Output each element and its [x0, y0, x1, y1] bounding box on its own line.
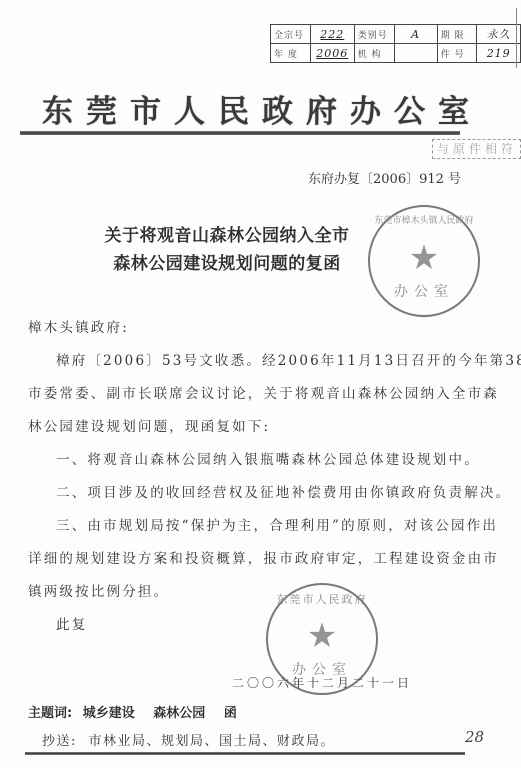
issuer-masthead: 东莞市人民政府办公室: [42, 86, 462, 131]
archive-value-fonds: 222: [310, 25, 354, 44]
addressee: 樟木头镇政府:: [28, 316, 468, 336]
body-paragraph-line: 市委常委、副市长联席会议讨论，关于将观音山森林公园纳入全市森: [28, 382, 468, 402]
reply-item-1: 一、将观音山森林公园纳入银瓶嘴森林公园总体建设规划中。: [28, 448, 468, 468]
footer-divider: [25, 752, 465, 755]
reply-item-3-continued: 详细的规划建设方案和投资概算，报市政府审定，工程建设资金由市: [28, 547, 468, 567]
handwritten-page-number: 28: [465, 728, 484, 746]
archive-box: 全宗号 222 类别号 A 期 限 永久 年 度 2006 机 构 件 号 21…: [270, 24, 521, 63]
archive-value-year: 2006: [310, 44, 354, 63]
star-icon: ★: [409, 238, 439, 278]
archive-row: 全宗号 222 类别号 A 期 限 永久: [271, 25, 521, 44]
conformity-stamp: 与原件相符: [432, 139, 521, 159]
archive-label-category: 类别号: [354, 25, 394, 44]
town-government-seal: 东莞市樟木头镇人民政府 ★ 办公室: [368, 205, 480, 317]
archive-value-agency: [394, 44, 437, 63]
title-line-2: 森林公园建设规划问题的复函: [62, 250, 392, 278]
body-paragraph-line: 樟府〔2006〕53号文收悉。经2006年11月13日召开的今年第38次: [28, 349, 468, 369]
scan-margin-line: [516, 8, 517, 68]
archive-value-retention: 永久: [477, 25, 521, 44]
seal-ring-text: 东莞市人民政府: [268, 591, 376, 607]
reply-item-3-continued: 镇两级按比例分担。: [28, 580, 468, 600]
seal-center-text: 办公室: [370, 281, 478, 301]
archive-label-fonds: 全宗号: [271, 25, 311, 44]
keyword: 城乡建设: [83, 706, 135, 721]
title-line-1: 关于将观音山森林公园纳入全市: [62, 222, 392, 250]
body-paragraph-line: 林公园建设规划问题，现函复如下:: [28, 415, 468, 435]
cc-label: 抄送:: [42, 734, 77, 749]
document-number: 东府办复〔2006〕912 号: [308, 168, 461, 187]
seal-ring-text: 东莞市樟木头镇人民政府: [370, 213, 478, 226]
masthead-divider: [20, 131, 460, 135]
carbon-copy-line: 抄送: 市林业局、规划局、国土局、财政局。: [42, 730, 335, 749]
archive-row: 年 度 2006 机 构 件 号 219: [271, 44, 521, 63]
keyword: 森林公园: [153, 706, 205, 721]
keyword: 函: [224, 706, 237, 721]
archive-label-item-number: 件 号: [437, 44, 477, 63]
archive-value-item-number: 219: [477, 44, 521, 63]
document-title: 关于将观音山森林公园纳入全市 森林公园建设规划问题的复函: [62, 222, 392, 278]
issue-date: 二〇〇六年十二月二十一日: [232, 674, 412, 691]
archive-label-agency: 机 构: [354, 44, 394, 63]
keywords-label: 主题词:: [28, 706, 72, 721]
closing: 此复: [28, 613, 468, 633]
cc-recipients: 市林业局、规划局、国土局、财政局。: [89, 734, 336, 749]
archive-label-retention: 期 限: [437, 25, 477, 44]
reply-item-2: 二、项目涉及的收回经营权及征地补偿费用由你镇政府负责解决。: [28, 481, 468, 501]
subject-keywords: 主题词: 城乡建设 森林公园 函: [28, 702, 251, 721]
archive-value-category: A: [394, 25, 437, 44]
reply-item-3: 三、由市规划局按“保护为主，合理利用”的原则，对该公园作出: [28, 514, 468, 534]
archive-label-year: 年 度: [271, 44, 311, 63]
star-icon: ★: [307, 616, 337, 656]
